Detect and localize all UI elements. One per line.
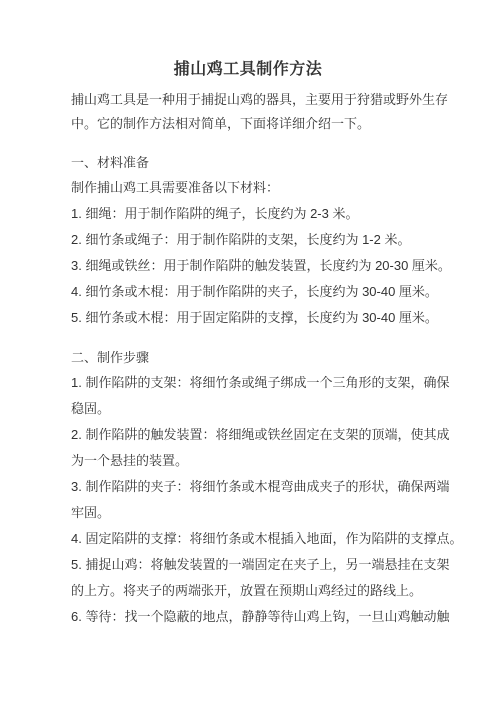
document-title: 捕山鸡工具制作方法 [71,57,425,83]
material-item-2: 2. 细竹条或绳子：用于制作陷阱的支架，长度约为 1-2 米。 [71,227,486,253]
step-item-4: 4. 固定陷阱的支撑：将细竹条或木棍插入地面，作为陷阱的支撑点。 [71,526,486,552]
step-item-3: 3. 制作陷阱的夹子：将细竹条或木棍弯曲成夹子的形状，确保两端 牢固。 [71,474,486,526]
step-item-5: 5. 捕捉山鸡：将触发装置的一端固定在夹子上，另一端悬挂在支架 的上方。将夹子的… [71,552,486,604]
section-heading-materials: 一、材料准备 [71,151,486,175]
material-item-3: 3. 细绳或铁丝：用于制作陷阱的触发装置，长度约为 20-30 厘米。 [71,253,486,279]
materials-lead-paragraph: 制作捕山鸡工具需要准备以下材料： [71,175,486,201]
step-item-6: 6. 等待：找一个隐蔽的地点，静静等待山鸡上钩，一旦山鸡触动触 [71,604,486,630]
section-heading-steps: 二、制作步骤 [71,346,486,370]
material-item-1: 1. 细绳：用于制作陷阱的绳子，长度约为 2-3 米。 [71,201,486,227]
material-item-5: 5. 细竹条或木棍：用于固定陷阱的支撑，长度约为 30-40 厘米。 [71,305,486,331]
intro-paragraph: 捕山鸡工具是一种用于捕捉山鸡的器具，主要用于狩猎或野外生存 中。它的制作方法相对… [71,88,486,136]
step-item-2: 2. 制作陷阱的触发装置：将细绳或铁丝固定在支架的顶端，使其成 为一个悬挂的装置… [71,422,486,474]
document-page: 捕山鸡工具制作方法 捕山鸡工具是一种用于捕捉山鸡的器具，主要用于狩猎或野外生存 … [0,0,496,702]
material-item-4: 4. 细竹条或木棍：用于制作陷阱的夹子，长度约为 30-40 厘米。 [71,279,486,305]
step-item-1: 1. 制作陷阱的支架：将细竹条或绳子绑成一个三角形的支架，确保 稳固。 [71,370,486,422]
